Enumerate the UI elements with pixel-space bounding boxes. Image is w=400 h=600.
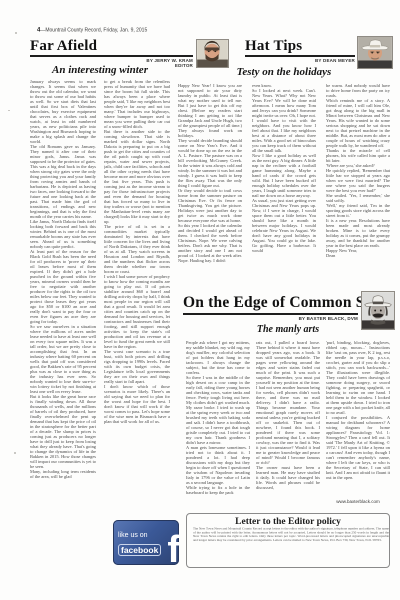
hat-tips-byline: BY DEAN MEYER: [245, 58, 355, 63]
hat-tips-article-title: Testy on the holidays: [178, 66, 390, 78]
facebook-f-icon: f: [167, 535, 179, 565]
hat-tips-title: Hat Tips: [245, 38, 302, 55]
facebook-badge: like us on facebook f: [113, 520, 179, 565]
letter-policy-box: Letter to the Editor policy The New Town…: [186, 513, 390, 568]
dean-meyer-photo: [357, 36, 393, 69]
far-afield-column-2: to get a break from the relentless press…: [104, 79, 170, 512]
common-sense-rule: [183, 313, 358, 315]
scan-speck: [8, 110, 10, 111]
common-sense-column-2: rats out, I pulled a board loose. There …: [256, 340, 320, 510]
facebook-badge-text: like us on facebook: [118, 532, 161, 558]
baxterblack-website-link: www.baxterblack.com: [326, 499, 390, 504]
hat-tips-column-2: even know. So I looked at next week. Can…: [252, 83, 316, 291]
common-sense-article-title: The manly arts: [186, 324, 390, 335]
letter-policy-body: The New Town News and Mountrail County R…: [193, 527, 389, 542]
letter-policy-title: Letter to the Editor policy: [193, 517, 383, 527]
facebook-like-text: like us on: [118, 532, 161, 540]
common-sense-column-3: 'purl, binding, blocking, dogloves, ribb…: [326, 340, 390, 496]
far-afield-rule: [30, 55, 193, 57]
facebook-logotype: facebook: [118, 544, 161, 556]
common-sense-byline: BY BAXTER BLACK, DVM: [183, 316, 358, 321]
hat-tips-column-1: Happy New Year! I know you are not suppo…: [178, 83, 242, 291]
far-afield-title: Far Afield: [30, 38, 97, 55]
common-sense-byline-block: BY BAXTER BLACK, DVM: [183, 316, 358, 321]
newspaper-page: 4—Mountrail County Record, Friday, Jan. …: [0, 0, 400, 600]
publication-date-line: —Mountrail County Record, Friday, Jan. 9…: [40, 28, 147, 34]
scan-speck: [15, 32, 17, 34]
hat-tips-column-3: be warm. And nobody would have to drive …: [326, 83, 390, 291]
hat-tips-rule: [245, 55, 355, 57]
far-afield-column-1: January always seems to mark changes. It…: [30, 79, 96, 567]
masthead: 4—Mountrail County Record, Friday, Jan. …: [37, 26, 357, 33]
scan-speck: [14, 452, 16, 454]
common-sense-column-1: People ask where I got my mittens, my sa…: [186, 340, 250, 510]
far-afield-article-title: An interesting winter: [30, 64, 170, 76]
jerry-kram-photo: [196, 39, 229, 68]
hat-tips-byline-block: BY DEAN MEYER: [245, 58, 355, 63]
